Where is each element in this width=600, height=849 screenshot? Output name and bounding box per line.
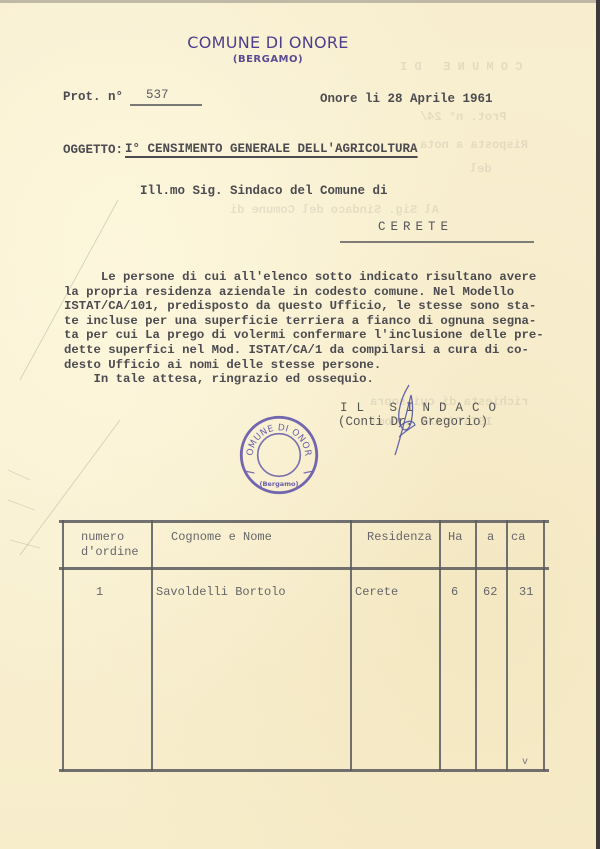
table-end-mark: v xyxy=(522,757,528,768)
table-cell: 31 xyxy=(519,585,533,599)
subject-label: OGGETTO: xyxy=(63,143,123,157)
official-stamp: COMUNE DI ONORE (Bergamo) xyxy=(238,414,320,496)
table-cell: Savoldelli Bortolo xyxy=(156,585,286,599)
bleed-through-text: Prot. n° 24/ xyxy=(420,110,506,124)
table-header-cell: a xyxy=(487,530,494,545)
bleed-through-text: Risposta a nota xyxy=(420,138,528,152)
svg-text:(Bergamo): (Bergamo) xyxy=(259,480,298,488)
table-cell: Cerete xyxy=(355,585,398,599)
bleed-through-text: Al Sig. Sindaco del Comune di xyxy=(230,203,439,217)
table-cell: 62 xyxy=(483,585,497,599)
table-header-cell: ca xyxy=(511,530,525,545)
table-header-cell: Cognome e Nome xyxy=(171,530,272,545)
letter-body: Le persone di cui all'elenco sotto indic… xyxy=(64,270,544,387)
table-col-line xyxy=(506,520,508,771)
table-col-line xyxy=(543,520,545,771)
subject-text: I° CENSIMENTO GENERALE DELL'AGRICOLTURA xyxy=(125,142,418,156)
table-cell: 1 xyxy=(96,585,103,599)
table-header-cell: numero d'ordine xyxy=(81,530,139,560)
table-col-line xyxy=(151,520,153,771)
table-cell: 6 xyxy=(451,585,458,599)
protocol-number: 537 xyxy=(146,88,169,102)
addressee-comune: CERETE xyxy=(378,220,453,234)
land-table: numero d'ordineCognome e NomeResidenzaHa… xyxy=(59,520,549,772)
svg-text:COMUNE DI ONORE: COMUNE DI ONORE xyxy=(238,414,312,457)
protocol-underline xyxy=(130,104,202,106)
table-col-line xyxy=(350,520,352,771)
handwritten-signature xyxy=(385,381,425,461)
addressee-underline xyxy=(340,241,534,243)
letterhead-province: (BERGAMO) xyxy=(0,54,536,65)
bleed-through-text: del xyxy=(470,162,492,176)
place-date: Onore li 28 Aprile 1961 xyxy=(320,92,493,106)
table-col-line xyxy=(439,520,441,771)
protocol-label: Prot. n° xyxy=(63,90,123,104)
addressee-line: Ill.mo Sig. Sindaco del Comune di xyxy=(140,184,388,198)
table-col-line xyxy=(475,520,477,771)
table-col-line xyxy=(62,520,64,771)
table-header-cell: Residenza xyxy=(367,530,432,545)
table-header-cell: Ha xyxy=(448,530,462,545)
letterhead-municipality: COMUNE DI ONORE xyxy=(0,33,536,52)
